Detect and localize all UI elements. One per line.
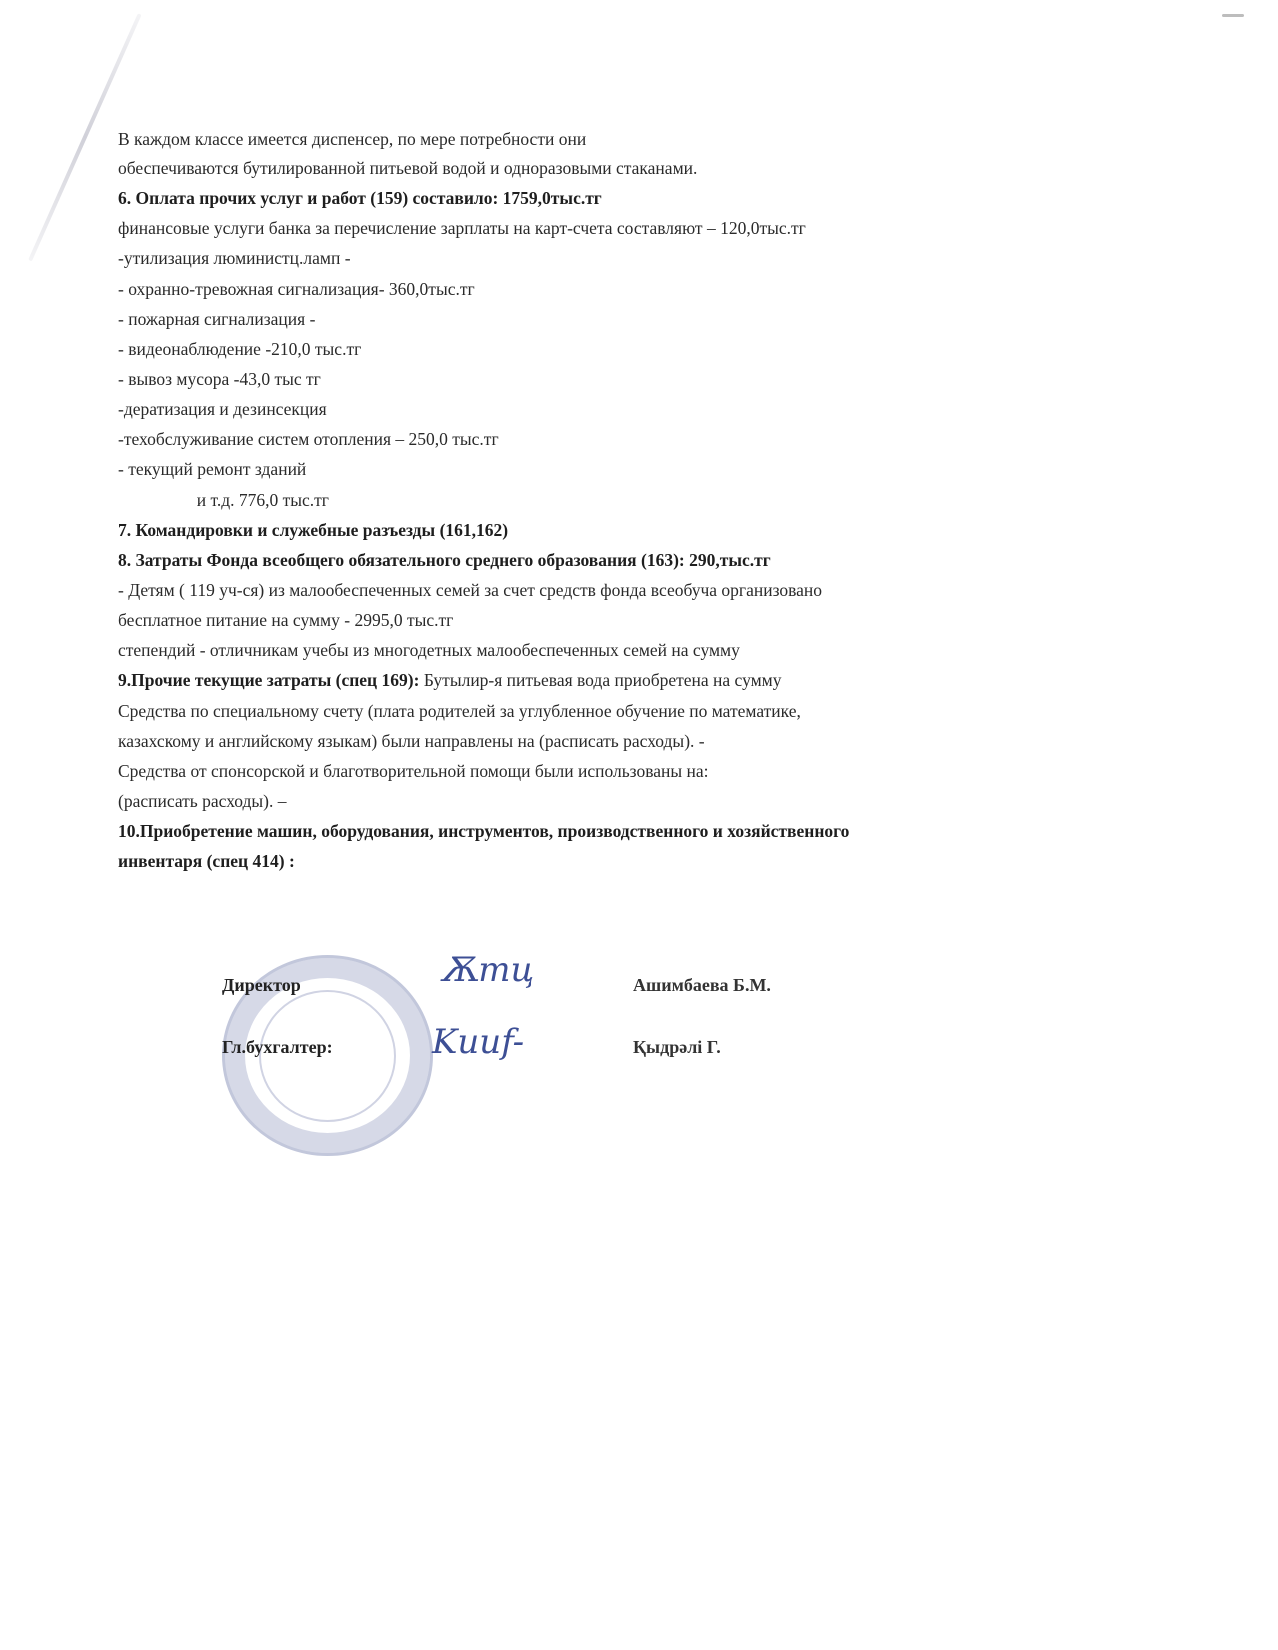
text-line: степендий - отличникам учебы из многодет…: [118, 639, 740, 661]
text-line: (расписать расходы). –: [118, 790, 287, 812]
director-signature: Ѫтц: [440, 950, 534, 990]
list-item: -утилизация люминистц.ламп -: [118, 247, 351, 269]
text-line: бесплатное питание на сумму - 2995,0 тыс…: [118, 609, 453, 631]
accountant-label: Гл.бухгалтер:: [222, 1037, 333, 1058]
list-item: - видеонаблюдение -210,0 тыс.тг: [118, 338, 361, 360]
text-line: - Детям ( 119 уч-ся) из малообеспеченных…: [118, 579, 822, 601]
scan-artifact-mark: [1222, 14, 1244, 17]
section-heading-7: 7. Командировки и служебные разъезды (16…: [118, 519, 508, 541]
list-item: - пожарная сигнализация -: [118, 308, 315, 330]
section-heading-10-cont: инвентаря (спец 414) :: [118, 850, 295, 872]
section-heading-9-text: Бутылир-я питьевая вода приобретена на с…: [424, 670, 782, 690]
list-item: -техобслуживание систем отопления – 250,…: [118, 428, 499, 450]
text-line: финансовые услуги банка за перечисление …: [118, 217, 806, 239]
text-line: Средства от спонсорской и благотворитель…: [118, 760, 709, 782]
section-heading-9: 9.Прочие текущие затраты (спец 169): Бут…: [118, 669, 782, 691]
director-name: Ашимбаева Б.М.: [633, 975, 771, 996]
text-line: В каждом классе имеется диспенсер, по ме…: [118, 128, 586, 150]
section-heading-9-title: 9.Прочие текущие затраты (спец 169):: [118, 670, 424, 690]
list-item: - вывоз мусора -43,0 тыс тг: [118, 368, 321, 390]
list-item-total: и т.д. 776,0 тыс.тг: [118, 489, 329, 511]
list-item: - текущий ремонт зданий: [118, 458, 306, 480]
director-label: Директор: [222, 975, 301, 996]
section-heading-10: 10.Приобретение машин, оборудования, инс…: [118, 820, 849, 842]
text-line: казахскому и английскому языкам) были на…: [118, 730, 705, 752]
accountant-name: Қыдрәлі Г.: [633, 1037, 721, 1058]
text-line: обеспечиваются бутилированной питьевой в…: [118, 157, 697, 179]
section-heading-6: 6. Оплата прочих услуг и работ (159) сос…: [118, 187, 602, 209]
text-line: Средства по специальному счету (плата ро…: [118, 700, 801, 722]
list-item: - охранно-тревожная сигнализация- 360,0т…: [118, 278, 475, 300]
list-item: -дератизация и дезинсекция: [118, 398, 327, 420]
accountant-signature: Kиuf-: [432, 1022, 524, 1062]
section-heading-8: 8. Затраты Фонда всеобщего обязательного…: [118, 549, 771, 571]
